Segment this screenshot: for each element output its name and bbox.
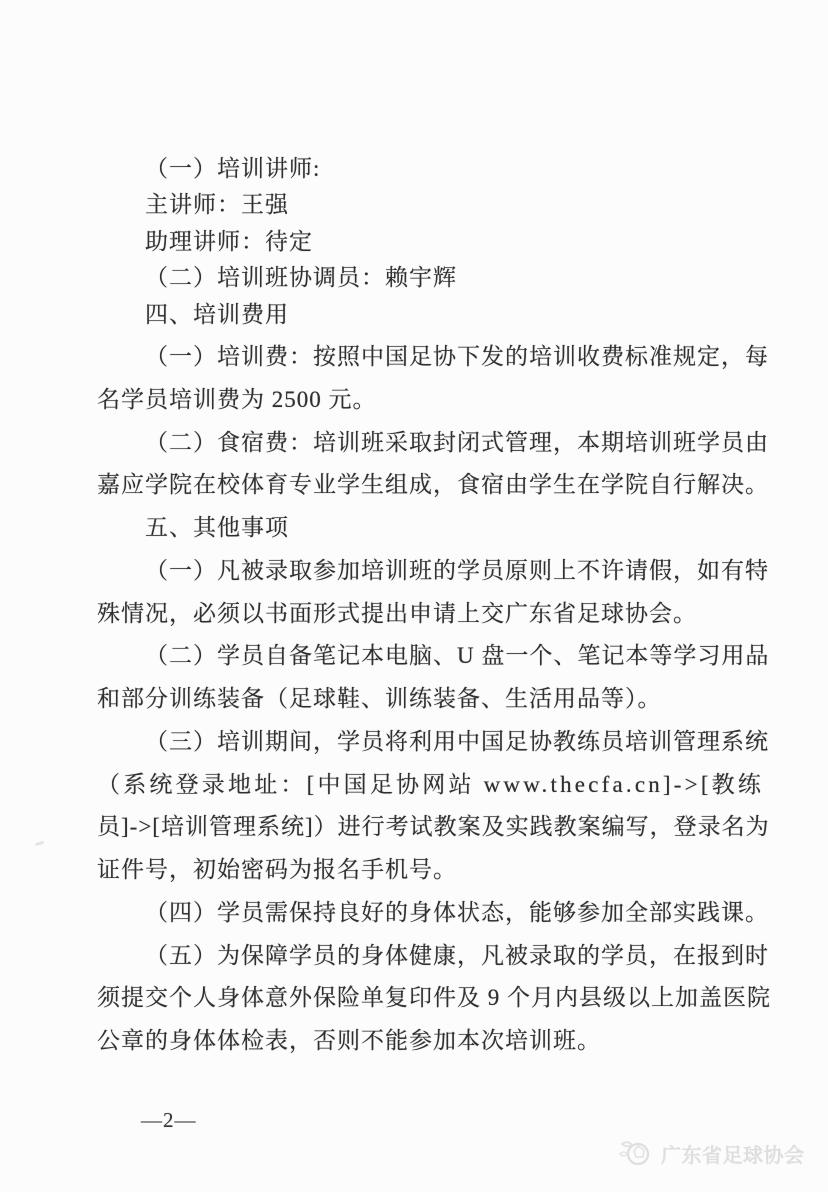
text-line: 证件号，初始密码为报名手机号。 <box>97 849 797 892</box>
text-line: （二）学员自备笔记本电脑、U 盘一个、笔记本等学习用品 <box>97 635 797 678</box>
footer-watermark: 广东省足球协会 <box>618 1138 805 1168</box>
text-line: 须提交个人身体意外保险单复印件及 9 个月内县级以上加盖医院 <box>97 977 797 1020</box>
football-association-logo-icon <box>618 1138 654 1168</box>
text-line: （三）培训期间，学员将利用中国足协教练员培训管理系统 <box>97 721 797 764</box>
text-line: 五、其他事项 <box>97 507 797 550</box>
scan-artifact-mark <box>35 841 44 847</box>
text-line: （二）食宿费：培训班采取封闭式管理，本期培训班学员由 <box>97 422 797 465</box>
footer-brand-text: 广东省足球协会 <box>661 1139 805 1168</box>
text-line: 公章的身体体检表，否则不能参加本次培训班。 <box>97 1020 797 1063</box>
text-line: 员]->[培训管理系统]）进行考试教案及实践教案编写，登录名为 <box>97 806 797 849</box>
text-line: 主讲师：王强 <box>97 187 797 223</box>
text-line: （四）学员需保持良好的身体状态，能够参加全部实践课。 <box>97 892 797 935</box>
text-line: （一）培训费：按照中国足协下发的培训收费标准规定，每 <box>97 336 797 379</box>
scanned-document-page: （一）培训讲师:主讲师：王强助理讲师：待定（二）培训班协调员：赖宇辉四、培训费用… <box>0 0 828 1192</box>
text-line: 殊情况，必须以书面形式提出申请上交广东省足球协会。 <box>97 593 797 636</box>
text-line: 和部分训练装备（足球鞋、训练装备、生活用品等）。 <box>97 678 797 721</box>
text-line: （二）培训班协调员：赖宇辉 <box>97 260 797 296</box>
paragraph-group-main: （一）培训费：按照中国足协下发的培训收费标准规定，每名学员培训费为 2500 元… <box>97 336 797 1063</box>
text-line: 助理讲师：待定 <box>97 224 797 260</box>
text-line: （系统登录地址：[中国足协网站 www.thecfa.cn]->[教练 <box>97 764 797 807</box>
text-line: （一）培训讲师: <box>97 151 797 187</box>
text-line: 四、培训费用 <box>97 297 797 333</box>
paragraph-group-top: （一）培训讲师:主讲师：王强助理讲师：待定（二）培训班协调员：赖宇辉四、培训费用 <box>97 151 797 333</box>
page-number: —2— <box>141 1108 197 1133</box>
text-line: 嘉应学院在校体育专业学生组成，食宿由学生在学院自行解决。 <box>97 464 797 507</box>
text-line: （一）凡被录取参加培训班的学员原则上不许请假，如有特 <box>97 550 797 593</box>
text-line: （五）为保障学员的身体健康，凡被录取的学员，在报到时 <box>97 935 797 978</box>
text-line: 名学员培训费为 2500 元。 <box>97 379 797 422</box>
